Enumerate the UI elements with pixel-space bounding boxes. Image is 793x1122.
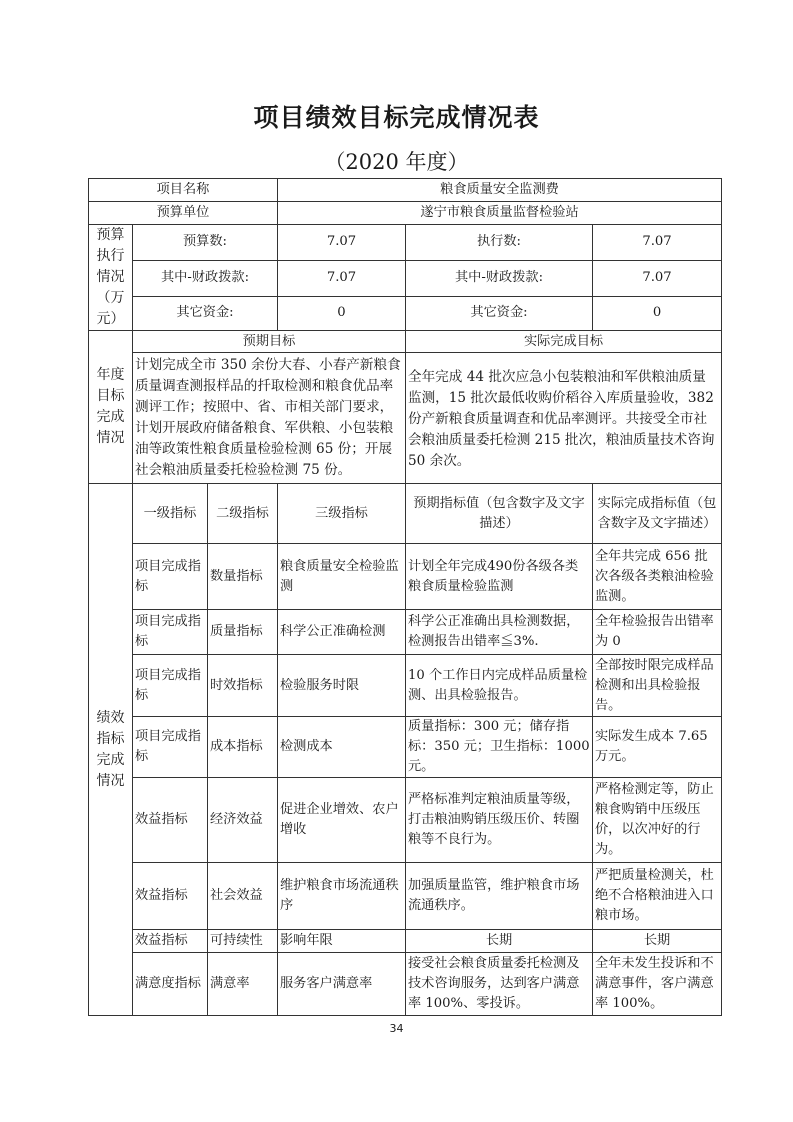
indicator-row: 满意度指标 满意率 服务客户满意率 接受社会粮食质量委托检测及技术咨询服务，达到… <box>89 953 722 1016</box>
budget-right-value: 7.07 <box>593 260 722 296</box>
indicator-row: 项目完成指标 数量指标 粮食质量安全检验监测 计划全年完成490份各级各类粮食质… <box>89 544 722 610</box>
budget-unit-value: 遂宁市粮食质量监督检验站 <box>278 202 722 225</box>
level1-cell: 项目完成指标 <box>133 655 208 717</box>
level3-cell: 促进企业增效、农户增收 <box>278 778 406 863</box>
level3-cell: 粮食质量安全检验监测 <box>278 544 406 610</box>
annual-goals-content-row: 计划完成全市 350 余份大春、小春产新粮食质量调查测报样品的扦取检测和粮食优品… <box>89 353 722 484</box>
annual-goals-section-label: 年度目标完成情况 <box>89 331 133 484</box>
document-title: 项目绩效目标完成情况表 <box>0 98 793 134</box>
expected-value-cell: 10 个工作日内完成样品质量检测、出具检验报告。 <box>406 655 593 717</box>
budget-right-label: 其中-财政拨款: <box>406 260 593 296</box>
level2-header: 二级指标 <box>208 484 278 544</box>
indicator-row: 效益指标 可持续性 影响年限 长期 长期 <box>89 930 722 953</box>
level1-cell: 效益指标 <box>133 863 208 930</box>
level1-cell: 项目完成指标 <box>133 610 208 655</box>
budget-row: 预算执行情况（万元） 预算数: 7.07 执行数: 7.07 <box>89 225 722 261</box>
expected-value-cell: 科学公正准确出具检测数据，检测报告出错率≦3%. <box>406 610 593 655</box>
budget-right-value: 7.07 <box>593 225 722 261</box>
expected-goal-header: 预期目标 <box>133 331 406 353</box>
expected-value-cell: 质量指标：300 元；储存指标：350 元；卫生指标：1000 元。 <box>406 717 593 778</box>
actual-goal-text: 全年完成 44 批次应急小包装粮油和军供粮油质量监测，15 批次最低收购价稻谷入… <box>406 353 722 484</box>
actual-value-cell: 严把质量检测关，杜绝不合格粮油进入口粮市场。 <box>593 863 722 930</box>
level1-cell: 项目完成指标 <box>133 544 208 610</box>
budget-right-value: 0 <box>593 296 722 330</box>
budget-row: 其中-财政拨款: 7.07 其中-财政拨款: 7.07 <box>89 260 722 296</box>
budget-left-label: 其它资金: <box>133 296 278 330</box>
level3-cell: 服务客户满意率 <box>278 953 406 1016</box>
level2-cell: 可持续性 <box>208 930 278 953</box>
expected-value-cell: 接受社会粮食质量委托检测及技术咨询服务，达到客户满意率 100%、零投诉。 <box>406 953 593 1016</box>
level2-cell: 时效指标 <box>208 655 278 717</box>
budget-unit-label: 预算单位 <box>89 202 278 225</box>
expected-goal-text: 计划完成全市 350 余份大春、小春产新粮食质量调查测报样品的扦取检测和粮食优品… <box>133 353 406 484</box>
level1-cell: 项目完成指标 <box>133 717 208 778</box>
indicators-section-label: 绩效指标完成情况 <box>89 484 133 1016</box>
expected-value-cell: 严格标准判定粮油质量等级，打击粮油购销压级压价、转圈粮等不良行为。 <box>406 778 593 863</box>
budget-right-label: 其它资金: <box>406 296 593 330</box>
budget-left-label: 预算数: <box>133 225 278 261</box>
budget-row: 其它资金: 0 其它资金: 0 <box>89 296 722 330</box>
budget-left-value: 0 <box>278 296 406 330</box>
indicator-row: 效益指标 经济效益 促进企业增效、农户增收 严格标准判定粮油质量等级，打击粮油购… <box>89 778 722 863</box>
actual-goal-header: 实际完成目标 <box>406 331 722 353</box>
expected-value-cell: 计划全年完成490份各级各类粮食质量检验监测 <box>406 544 593 610</box>
level2-cell: 质量指标 <box>208 610 278 655</box>
level3-cell: 影响年限 <box>278 930 406 953</box>
project-name-row: 项目名称 粮食质量安全监测费 <box>89 179 722 202</box>
indicator-row: 效益指标 社会效益 维护粮食市场流通秩序 加强质量监管，维护粮食市场流通秩序。 … <box>89 863 722 930</box>
performance-table: 项目名称 粮食质量安全监测费 预算单位 遂宁市粮食质量监督检验站 预算执行情况（… <box>88 178 722 1016</box>
level2-cell: 数量指标 <box>208 544 278 610</box>
actual-value-cell: 实际发生成本 7.65 万元。 <box>593 717 722 778</box>
indicator-row: 项目完成指标 质量指标 科学公正准确检测 科学公正准确出具检测数据，检测报告出错… <box>89 610 722 655</box>
level3-cell: 检验服务时限 <box>278 655 406 717</box>
indicator-row: 项目完成指标 成本指标 检测成本 质量指标：300 元；储存指标：350 元；卫… <box>89 717 722 778</box>
level1-cell: 满意度指标 <box>133 953 208 1016</box>
budget-left-value: 7.07 <box>278 260 406 296</box>
actual-value-cell: 全年检验报告出错率为 0 <box>593 610 722 655</box>
actual-value-header: 实际完成指标值（包含数字及文字描述） <box>593 484 722 544</box>
level2-cell: 经济效益 <box>208 778 278 863</box>
level2-cell: 满意率 <box>208 953 278 1016</box>
budget-unit-row: 预算单位 遂宁市粮食质量监督检验站 <box>89 202 722 225</box>
level3-cell: 维护粮食市场流通秩序 <box>278 863 406 930</box>
project-name-value: 粮食质量安全监测费 <box>278 179 722 202</box>
actual-value-cell: 严格检测定等，防止粮食购销中压级压价，以次冲好的行为。 <box>593 778 722 863</box>
level3-header: 三级指标 <box>278 484 406 544</box>
document-subtitle: （2020 年度） <box>0 146 793 176</box>
expected-value-header: 预期指标值（包含数字及文字描述） <box>406 484 593 544</box>
expected-value-cell: 加强质量监管，维护粮食市场流通秩序。 <box>406 863 593 930</box>
actual-value-cell: 全年未发生投诉和不满意事件，客户满意率 100%。 <box>593 953 722 1016</box>
actual-value-cell: 全年共完成 656 批次各级各类粮油检验监测。 <box>593 544 722 610</box>
level2-cell: 社会效益 <box>208 863 278 930</box>
budget-right-label: 执行数: <box>406 225 593 261</box>
budget-left-value: 7.07 <box>278 225 406 261</box>
budget-left-label: 其中-财政拨款: <box>133 260 278 296</box>
annual-goals-header-row: 年度目标完成情况 预期目标 实际完成目标 <box>89 331 722 353</box>
indicator-header-row: 绩效指标完成情况 一级指标 二级指标 三级指标 预期指标值（包含数字及文字描述）… <box>89 484 722 544</box>
level1-cell: 效益指标 <box>133 930 208 953</box>
budget-section-label: 预算执行情况（万元） <box>89 225 133 331</box>
expected-value-cell: 长期 <box>406 930 593 953</box>
level1-cell: 效益指标 <box>133 778 208 863</box>
level3-cell: 检测成本 <box>278 717 406 778</box>
actual-value-cell: 全部按时限完成样品检测和出具检验报告。 <box>593 655 722 717</box>
project-name-label: 项目名称 <box>89 179 278 202</box>
level2-cell: 成本指标 <box>208 717 278 778</box>
performance-table-sheet: 项目名称 粮食质量安全监测费 预算单位 遂宁市粮食质量监督检验站 预算执行情况（… <box>88 178 721 1016</box>
page-number: 34 <box>0 1022 793 1035</box>
actual-value-cell: 长期 <box>593 930 722 953</box>
level3-cell: 科学公正准确检测 <box>278 610 406 655</box>
indicator-row: 项目完成指标 时效指标 检验服务时限 10 个工作日内完成样品质量检测、出具检验… <box>89 655 722 717</box>
level1-header: 一级指标 <box>133 484 208 544</box>
